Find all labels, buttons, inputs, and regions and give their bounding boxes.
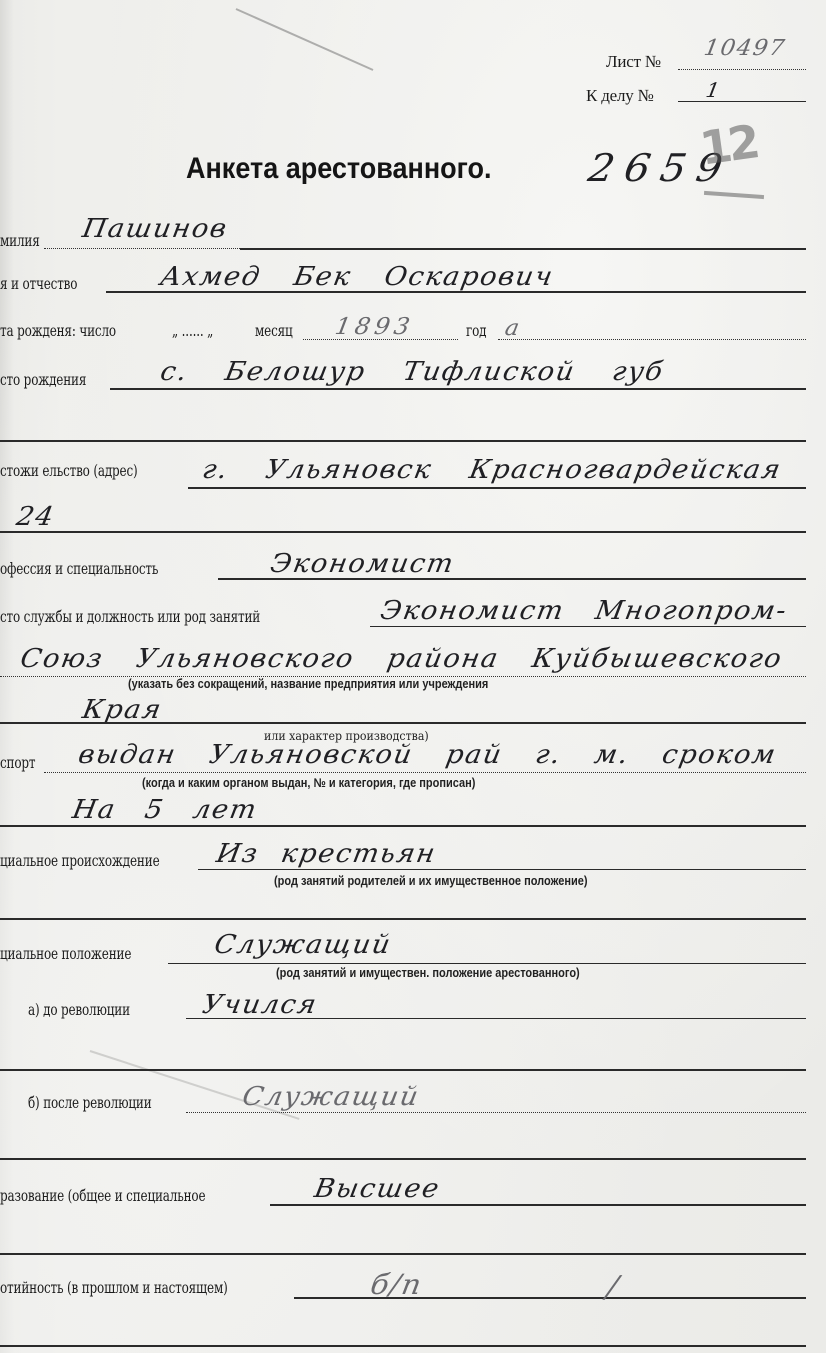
- birth-month-label: месяц: [255, 322, 293, 340]
- party-extra-mark: /: [604, 1270, 622, 1305]
- residence-line: [188, 487, 806, 489]
- name-value: Ахмед Бек Оскарович: [158, 262, 556, 292]
- before-revolution-label: а) до революции: [28, 1001, 130, 1019]
- workplace-line: [370, 626, 806, 627]
- after-revolution-value: Служащий: [240, 1082, 422, 1112]
- passport-value-line2: На 5 лет: [70, 795, 260, 825]
- birthplace-label: сто рождения: [0, 371, 86, 389]
- after-revolution-line-2: [0, 1158, 806, 1160]
- surname-label: милия: [0, 232, 40, 250]
- education-line: [270, 1204, 806, 1206]
- case-mark: 1: [704, 78, 723, 102]
- case-label: К делу №: [586, 86, 654, 106]
- residence-value: г. Ульяновск Красногвардейская: [200, 455, 784, 485]
- party-value: б/п: [368, 1268, 425, 1301]
- birth-year-label: год: [466, 322, 486, 340]
- surname-value: Пашинов: [80, 214, 230, 244]
- before-revolution-line-2: [0, 1069, 806, 1071]
- workplace-label: сто службы и должность или род занятий: [0, 608, 260, 626]
- education-line-2: [0, 1253, 806, 1255]
- workplace-value-line3: Края: [80, 695, 165, 725]
- workplace-hint-1: (указать без сокращений, название предпр…: [128, 677, 488, 691]
- birthplace-value: с. Белошур Тифлиской губ: [158, 357, 666, 387]
- bottom-line: [0, 1345, 806, 1347]
- workplace-value: Экономист Многопром-: [378, 596, 790, 626]
- stamp-smudge: [704, 191, 764, 199]
- birthplace-line-2: [0, 440, 806, 442]
- surname-line: [240, 248, 806, 250]
- stamp-number: 12: [697, 114, 760, 175]
- profession-value: Экономист: [268, 549, 457, 579]
- social-origin-line: [198, 869, 806, 870]
- passport-hint: (когда и каким органом выдан, № и катего…: [142, 776, 475, 790]
- birthplace-line: [110, 388, 806, 390]
- education-label: разование (общее и специальное: [0, 1187, 205, 1205]
- social-origin-hint: (род занятий родителей и их имущественно…: [274, 874, 588, 888]
- passport-value: выдан Ульяновской рай г. м. сроком: [76, 740, 779, 770]
- residence-value-line2: 24: [14, 502, 57, 532]
- after-revolution-line: [186, 1112, 806, 1113]
- birth-month-value: 1893: [333, 314, 416, 340]
- social-origin-line-2: [0, 918, 806, 920]
- form-title: Анкета арестованного.: [186, 152, 492, 186]
- sheet-label: Лист №: [606, 52, 661, 72]
- birth-year-line: [498, 339, 806, 340]
- before-revolution-value: Учился: [200, 990, 320, 1020]
- party-label: отийность (в прошлом и настоящем): [0, 1279, 228, 1297]
- paper-crease: [236, 8, 374, 71]
- after-revolution-label: б) после революции: [28, 1094, 152, 1112]
- case-number-line: [678, 101, 806, 102]
- profession-label: офессия и специальность: [0, 560, 158, 578]
- workplace-line-3: [0, 722, 806, 724]
- social-status-label: циальное положение: [0, 945, 131, 963]
- sheet-number: 10497: [702, 36, 788, 61]
- birth-day-label: та рожденя: число: [0, 322, 116, 340]
- sheet-number-line: [678, 69, 806, 70]
- name-label: я и отчество: [0, 275, 77, 293]
- workplace-value-line2: Союз Ульяновского района Куйбышевского: [18, 644, 785, 674]
- social-status-hint: (род занятий и имуществен. положение аре…: [276, 966, 580, 980]
- passport-label: спорт: [0, 754, 35, 772]
- passport-line-2: [0, 825, 806, 827]
- birth-day-placeholder: „ ...... „: [172, 322, 213, 340]
- passport-line: [44, 772, 806, 773]
- residence-line-2: [0, 531, 806, 533]
- education-value: Высшее: [312, 1174, 443, 1204]
- birth-year-value: а: [503, 316, 523, 341]
- social-status-line: [168, 963, 806, 964]
- social-origin-label: циальное происхождение: [0, 852, 159, 870]
- social-origin-value: Из крестьян: [214, 839, 439, 869]
- social-status-value: Служащий: [212, 930, 394, 960]
- residence-label: стожи ельство (адрес): [0, 462, 138, 480]
- surname-line: [44, 248, 244, 249]
